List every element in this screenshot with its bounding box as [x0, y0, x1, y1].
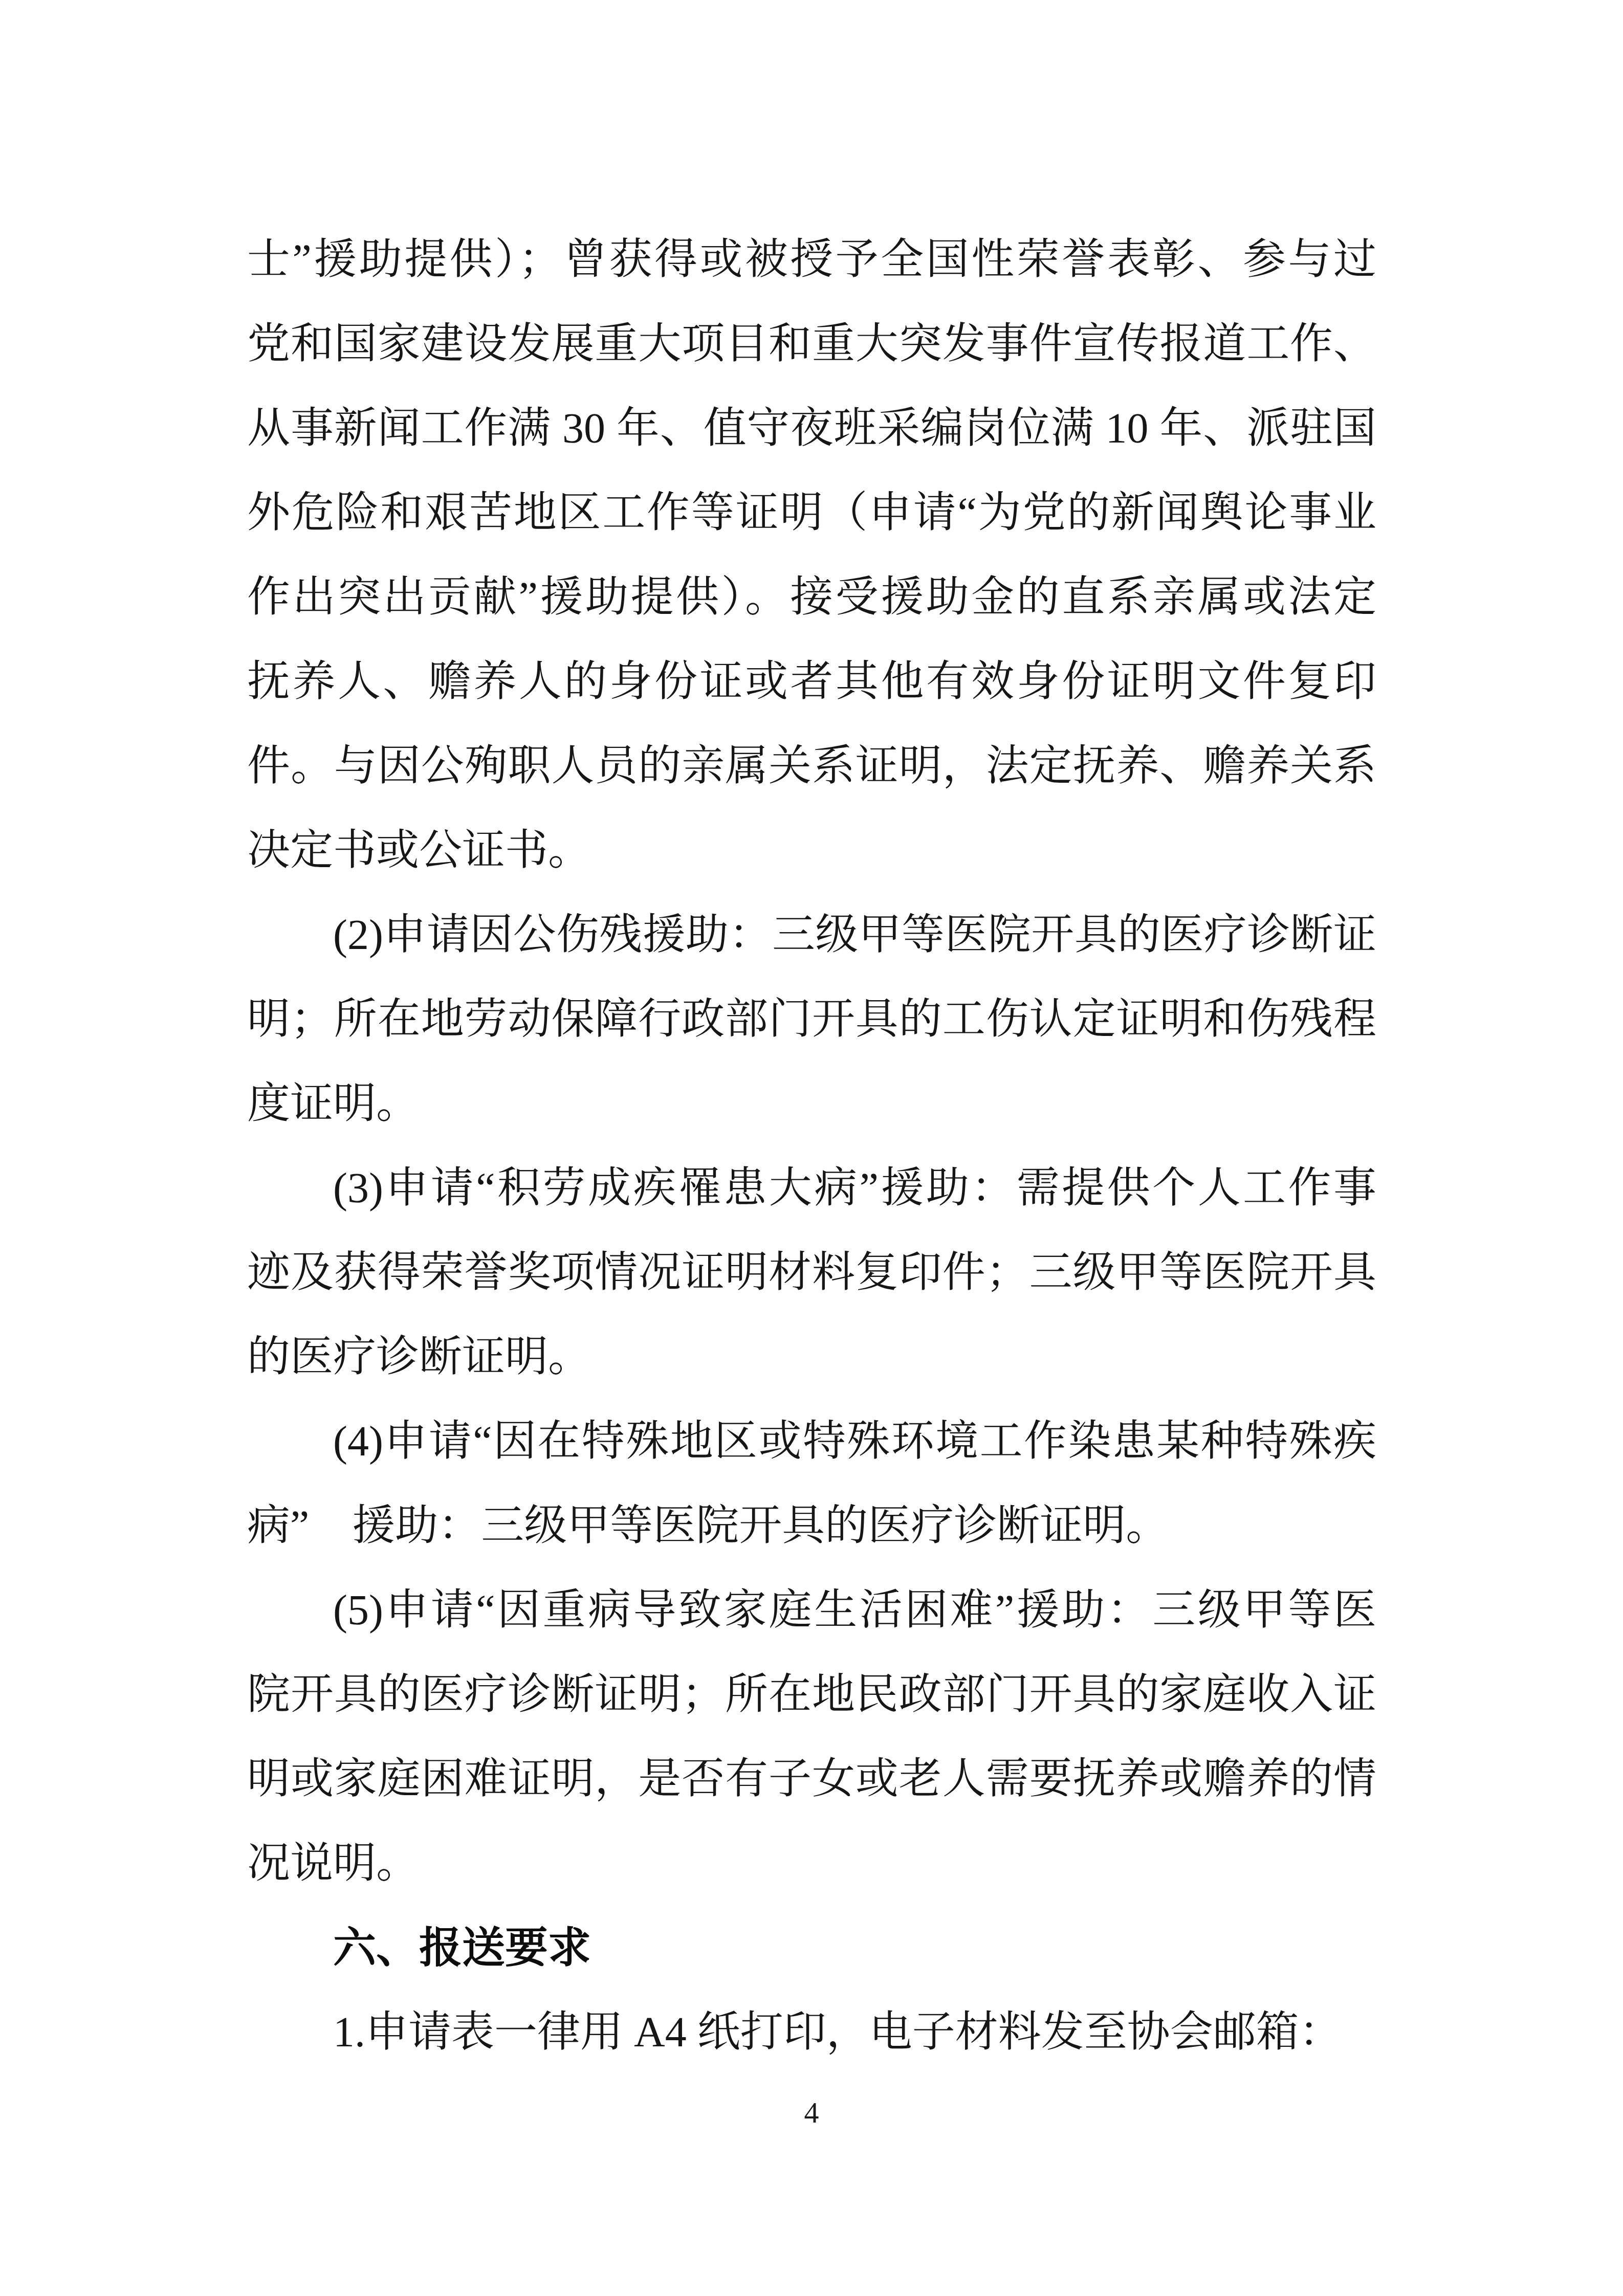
text-line: (3)申请“积劳成疾罹患大病”援助：需提供个人工作事 [247, 1146, 1376, 1230]
text-line: (5)申请“因重病导致家庭生活困难”援助：三级甲等医 [247, 1568, 1376, 1652]
document-body: 士”援助提供）；曾获得或被授予全国性荣誉表彰、参与过党和国家建设发展重大项目和重… [247, 217, 1376, 2074]
text-line: 迹及获得荣誉奖项情况证明材料复印件；三级甲等医院开具 [247, 1230, 1376, 1315]
text-line: 决定书或公证书。 [247, 808, 1376, 893]
text-line: 院开具的医疗诊断证明；所在地民政部门开具的家庭收入证 [247, 1652, 1376, 1737]
text-line: 况说明。 [247, 1821, 1376, 1906]
text-line: 士”援助提供）；曾获得或被授予全国性荣誉表彰、参与过 [247, 217, 1376, 302]
text-line: 抚养人、赡养人的身份证或者其他有效身份证明文件复印 [247, 639, 1376, 724]
text-line: 1.申请表一律用 A4 纸打印，电子材料发至协会邮箱： [247, 1990, 1376, 2074]
text-line: 的医疗诊断证明。 [247, 1315, 1376, 1399]
text-line: 作出突出贡献”援助提供）。接受援助金的直系亲属或法定 [247, 555, 1376, 639]
text-line: 党和国家建设发展重大项目和重大突发事件宣传报道工作、 [247, 302, 1376, 386]
page-number: 4 [0, 2092, 1623, 2133]
text-line: 外危险和艰苦地区工作等证明（申请“为党的新闻舆论事业 [247, 471, 1376, 555]
text-line: 明；所在地劳动保障行政部门开具的工伤认定证明和伤残程 [247, 977, 1376, 1062]
text-line: (4)申请“因在特殊地区或特殊环境工作染患某种特殊疾 [247, 1399, 1376, 1484]
text-line: (2)申请因公伤残援助：三级甲等医院开具的医疗诊断证 [247, 893, 1376, 977]
text-line: 明或家庭困难证明，是否有子女或老人需要抚养或赡养的情 [247, 1737, 1376, 1821]
section-heading: 六、报送要求 [247, 1906, 1376, 1990]
text-line: 件。与因公殉职人员的亲属关系证明，法定抚养、赡养关系 [247, 724, 1376, 808]
text-line: 病” 援助：三级甲等医院开具的医疗诊断证明。 [247, 1484, 1376, 1568]
text-line: 从事新闻工作满 30 年、值守夜班采编岗位满 10 年、派驻国 [247, 386, 1376, 471]
text-line: 度证明。 [247, 1062, 1376, 1146]
document-page: 士”援助提供）；曾获得或被授予全国性荣誉表彰、参与过党和国家建设发展重大项目和重… [0, 0, 1623, 2296]
